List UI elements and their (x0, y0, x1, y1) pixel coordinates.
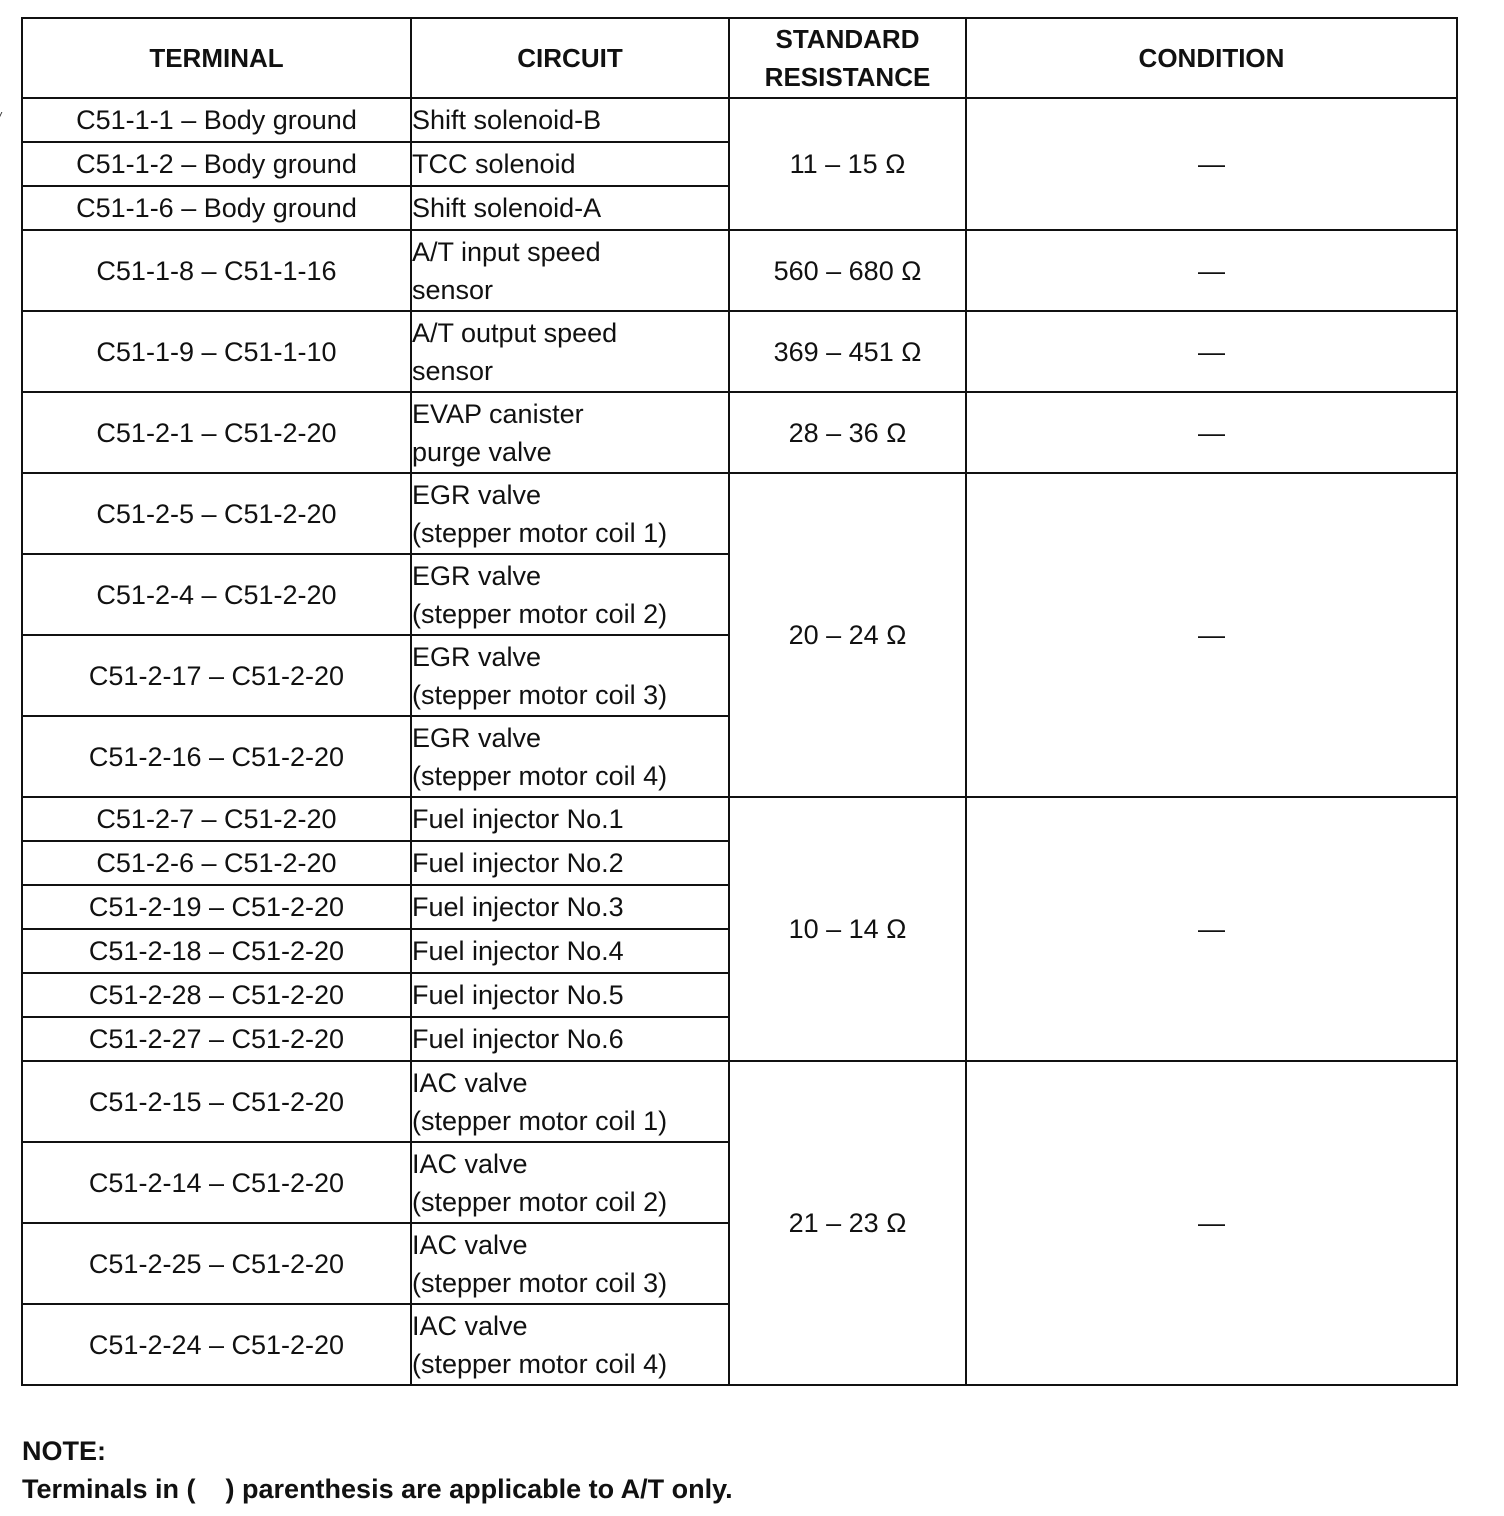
circuit-cell: Fuel injector No.4 (411, 929, 729, 973)
note-title: NOTE: (22, 1432, 106, 1470)
circuit-cell: Fuel injector No.6 (411, 1017, 729, 1061)
circuit-cell: EGR valve(stepper motor coil 1) (411, 473, 729, 554)
header-terminal: TERMINAL (22, 18, 411, 98)
condition-cell: — (966, 98, 1457, 230)
standard-resistance-cell: 20 – 24 Ω (729, 473, 966, 797)
terminal-cell: C51-2-25 – C51-2-20 (22, 1223, 411, 1304)
table-row: C51-1-9 – C51-1-10A/T output speedsensor… (22, 311, 1457, 392)
standard-resistance-cell: 560 – 680 Ω (729, 230, 966, 311)
terminal-cell: C51-2-1 – C51-2-20 (22, 392, 411, 473)
circuit-cell: IAC valve(stepper motor coil 3) (411, 1223, 729, 1304)
terminal-cell: C51-2-16 – C51-2-20 (22, 716, 411, 797)
terminal-cell: C51-2-14 – C51-2-20 (22, 1142, 411, 1223)
terminal-cell: C51-2-27 – C51-2-20 (22, 1017, 411, 1061)
terminal-cell: C51-2-19 – C51-2-20 (22, 885, 411, 929)
standard-resistance-cell: 21 – 23 Ω (729, 1061, 966, 1385)
terminal-cell: C51-1-2 – Body ground (22, 142, 411, 186)
terminal-cell: C51-2-5 – C51-2-20 (22, 473, 411, 554)
terminal-cell: C51-2-24 – C51-2-20 (22, 1304, 411, 1385)
table-row: C51-1-8 – C51-1-16A/T input speedsensor5… (22, 230, 1457, 311)
condition-cell: — (966, 797, 1457, 1061)
circuit-cell: Fuel injector No.1 (411, 797, 729, 841)
terminal-cell: C51-1-8 – C51-1-16 (22, 230, 411, 311)
circuit-cell: TCC solenoid (411, 142, 729, 186)
circuit-cell: Fuel injector No.5 (411, 973, 729, 1017)
circuit-cell: IAC valve(stepper motor coil 2) (411, 1142, 729, 1223)
header-resistance-label: STANDARD RESISTANCE (748, 20, 948, 96)
terminal-cell: C51-2-17 – C51-2-20 (22, 635, 411, 716)
table-row: C51-2-15 – C51-2-20IAC valve(stepper mot… (22, 1061, 1457, 1142)
circuit-cell: Fuel injector No.2 (411, 841, 729, 885)
terminal-cell: C51-2-7 – C51-2-20 (22, 797, 411, 841)
note-body: Terminals in ( ) parenthesis are applica… (22, 1470, 733, 1508)
terminal-cell: C51-2-15 – C51-2-20 (22, 1061, 411, 1142)
table-row: C51-1-1 – Body groundShift solenoid-B11 … (22, 98, 1457, 142)
terminal-cell: C51-2-28 – C51-2-20 (22, 973, 411, 1017)
table-row: C51-2-1 – C51-2-20EVAP canisterpurge val… (22, 392, 1457, 473)
condition-cell: — (966, 311, 1457, 392)
header-standard-resistance: STANDARD RESISTANCE (729, 18, 966, 98)
condition-cell: — (966, 392, 1457, 473)
table-body: C51-1-1 – Body groundShift solenoid-B11 … (22, 98, 1457, 1385)
standard-resistance-cell: 369 – 451 Ω (729, 311, 966, 392)
circuit-cell: Shift solenoid-B (411, 98, 729, 142)
stray-scan-mark (0, 112, 6, 118)
circuit-cell: EVAP canisterpurge valve (411, 392, 729, 473)
standard-resistance-cell: 11 – 15 Ω (729, 98, 966, 230)
circuit-cell: IAC valve(stepper motor coil 4) (411, 1304, 729, 1385)
resistance-spec-table: TERMINAL CIRCUIT STANDARD RESISTANCE CON… (21, 17, 1458, 1386)
standard-resistance-cell: 10 – 14 Ω (729, 797, 966, 1061)
header-circuit: CIRCUIT (411, 18, 729, 98)
table-row: C51-2-7 – C51-2-20Fuel injector No.110 –… (22, 797, 1457, 841)
table-header-row: TERMINAL CIRCUIT STANDARD RESISTANCE CON… (22, 18, 1457, 98)
standard-resistance-cell: 28 – 36 Ω (729, 392, 966, 473)
circuit-cell: A/T output speedsensor (411, 311, 729, 392)
circuit-cell: Shift solenoid-A (411, 186, 729, 230)
terminal-cell: C51-2-6 – C51-2-20 (22, 841, 411, 885)
condition-cell: — (966, 473, 1457, 797)
header-condition: CONDITION (966, 18, 1457, 98)
terminal-cell: C51-1-9 – C51-1-10 (22, 311, 411, 392)
terminal-cell: C51-1-1 – Body ground (22, 98, 411, 142)
condition-cell: — (966, 1061, 1457, 1385)
terminal-cell: C51-2-4 – C51-2-20 (22, 554, 411, 635)
terminal-cell: C51-1-6 – Body ground (22, 186, 411, 230)
circuit-cell: A/T input speedsensor (411, 230, 729, 311)
table-row: C51-2-5 – C51-2-20EGR valve(stepper moto… (22, 473, 1457, 554)
circuit-cell: EGR valve(stepper motor coil 4) (411, 716, 729, 797)
circuit-cell: EGR valve(stepper motor coil 3) (411, 635, 729, 716)
circuit-cell: Fuel injector No.3 (411, 885, 729, 929)
circuit-cell: EGR valve(stepper motor coil 2) (411, 554, 729, 635)
terminal-cell: C51-2-18 – C51-2-20 (22, 929, 411, 973)
condition-cell: — (966, 230, 1457, 311)
circuit-cell: IAC valve(stepper motor coil 1) (411, 1061, 729, 1142)
